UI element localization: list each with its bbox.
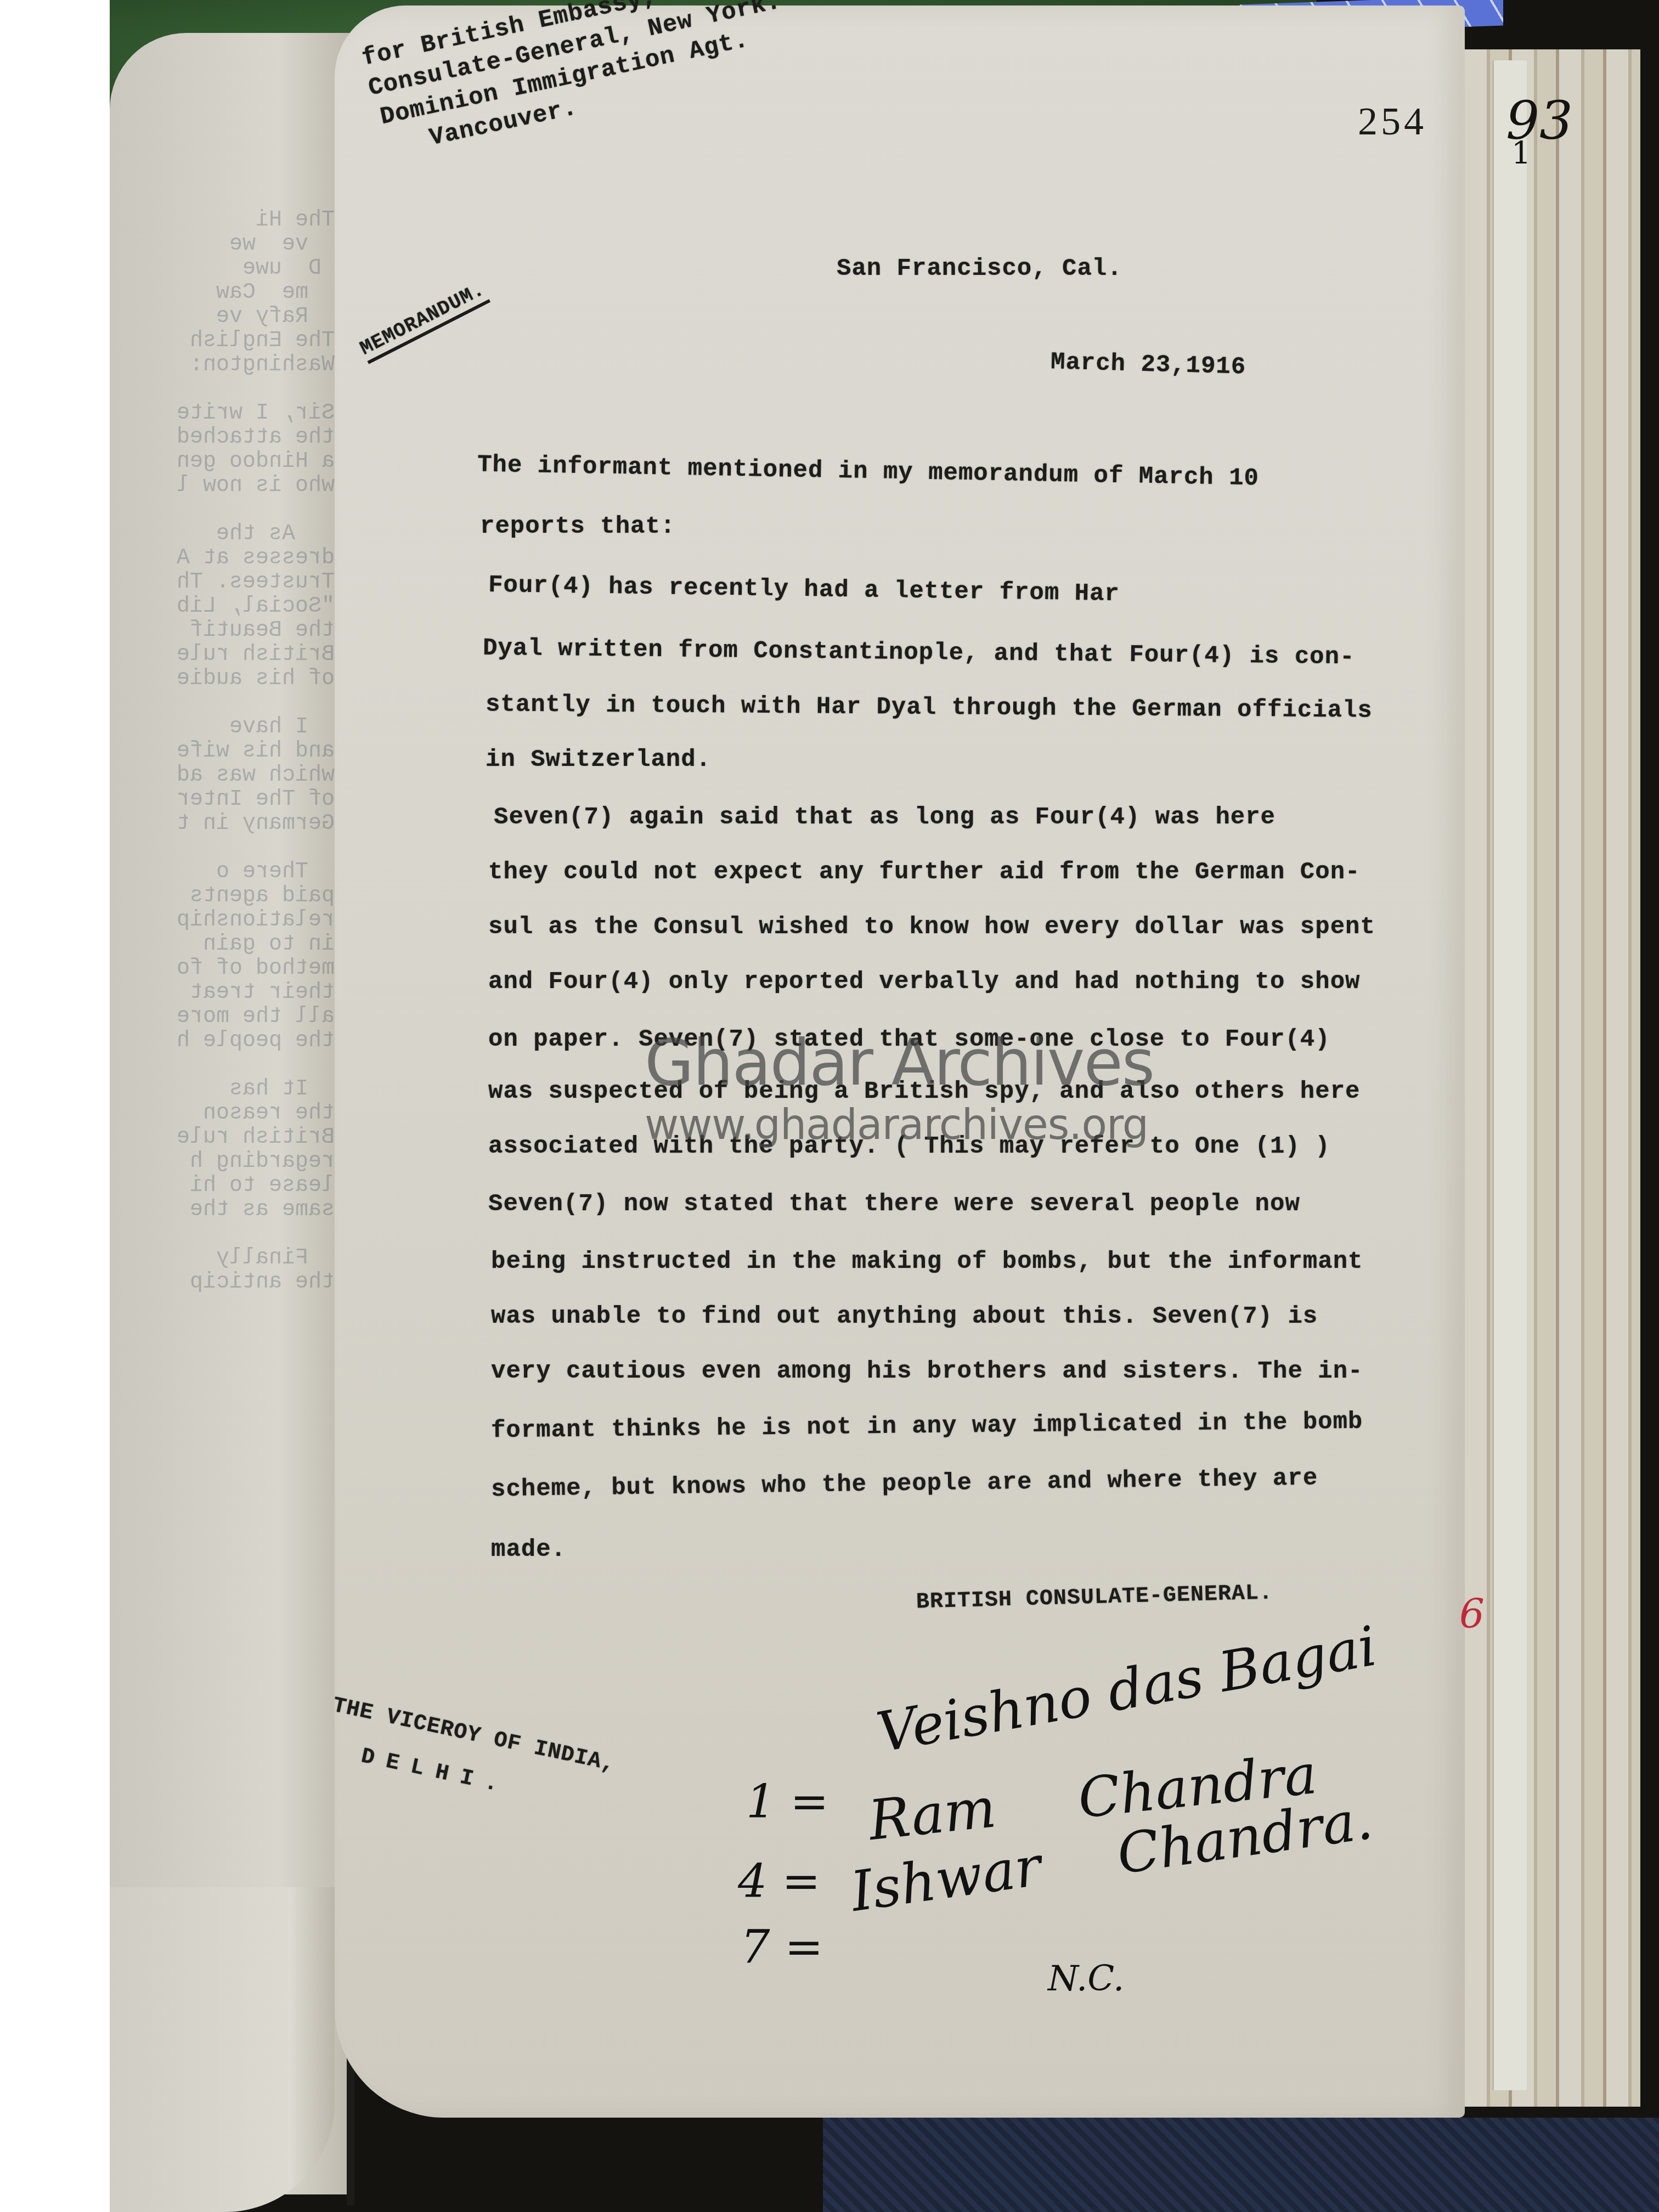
left-page-lower-sheet: [110, 1887, 335, 2212]
bottom-cloth-background: [823, 2118, 1659, 2212]
place-line: San Francisco, Cal.: [837, 255, 1122, 283]
body-line: Seven(7) again said that as long as Four…: [494, 804, 1276, 831]
watermark-url: www.ghadararchives.org: [645, 1100, 1148, 1149]
page-number: 254: [1358, 99, 1427, 144]
handwritten-initials: N.C.: [1048, 1959, 1124, 1999]
handwritten-code: 4 =: [738, 1854, 821, 1908]
body-line: made.: [491, 1536, 566, 1564]
body-line: was unable to find out anything about th…: [491, 1303, 1318, 1330]
red-margin-mark: 6: [1459, 1591, 1485, 1637]
body-line: sul as the Consul wished to know how eve…: [488, 913, 1375, 941]
body-line: in Switzerland.: [486, 746, 711, 774]
body-line: and Four(4) only reported verbally and h…: [488, 968, 1360, 996]
watermark-title: Ghadar Archives: [645, 1026, 1154, 1100]
folio-number: 93 1: [1506, 104, 1573, 170]
body-line: Seven(7) now stated that there were seve…: [488, 1190, 1300, 1218]
left-page-bleedthrough-text: The Hi ve we D uwe me Caw Rafy ve The En…: [115, 208, 335, 1635]
date-line: March 23,1916: [1050, 348, 1246, 381]
body-line: being instructed in the making of bombs,…: [491, 1248, 1363, 1276]
body-line: reports that:: [480, 513, 675, 540]
page-edge-stack: [1465, 49, 1640, 2107]
handwritten-code: 7 =: [741, 1920, 823, 1974]
handwritten-code: 1 =: [746, 1775, 829, 1829]
body-line: very cautious even among his brothers an…: [491, 1358, 1363, 1385]
binding-tab-strip: [1492, 60, 1527, 2090]
body-line: they could not expect any further aid fr…: [488, 859, 1360, 886]
